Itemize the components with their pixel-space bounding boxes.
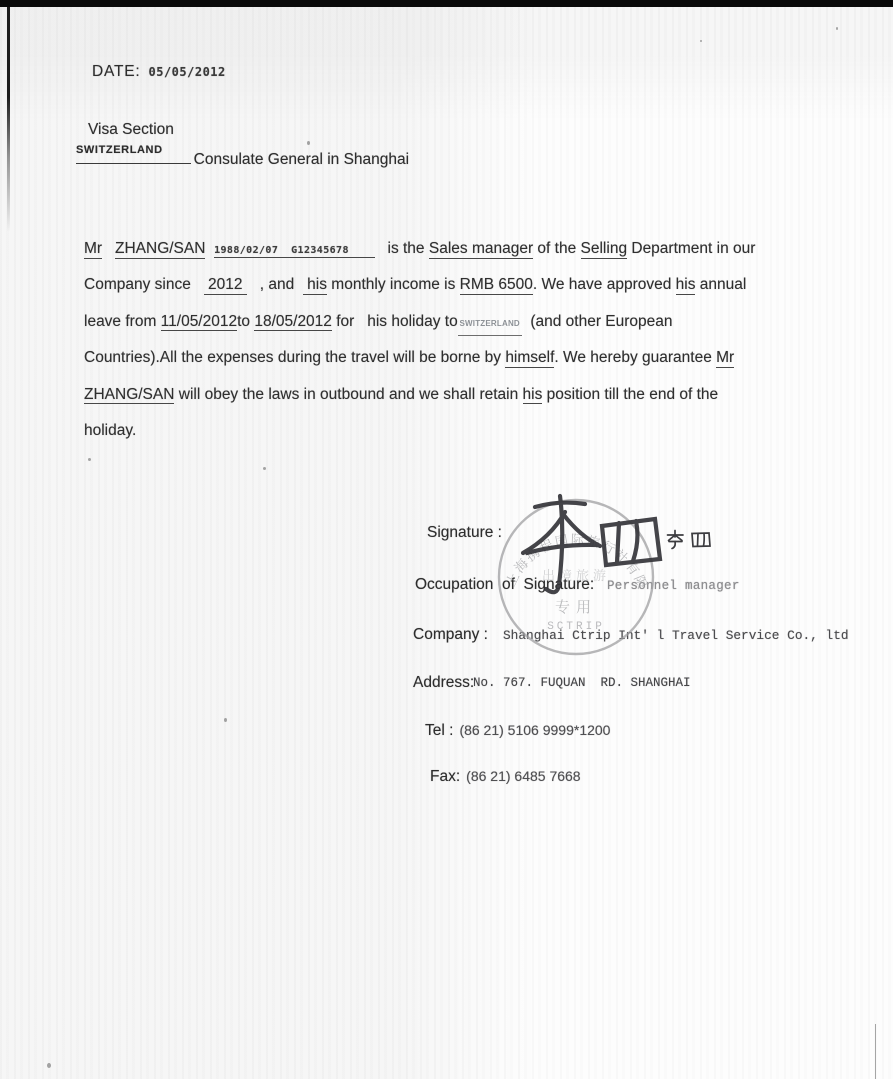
address-value: No. 767. FUQUAN RD. SHANGHAI [473, 676, 691, 690]
country-name: SWITZERLAND [76, 144, 191, 164]
consulate-text: Consulate General in Shanghai [194, 151, 409, 169]
tel-row: Tel :(86 21) 5106 9999*1200 [425, 722, 610, 740]
paragraph-line: holiday. [84, 422, 844, 458]
underlined-fill-in: ZHANG/SAN [84, 386, 174, 405]
paragraph-text [205, 240, 214, 257]
paragraph-line: Mr ZHANG/SAN 1988/02/07 G12345678 is the… [84, 240, 844, 276]
paragraph-text: of the [533, 240, 580, 257]
fax-row: Fax:(86 21) 6485 7668 [430, 768, 581, 786]
underlined-fill-in: 18/05/2012 [254, 313, 332, 332]
date-line: DATE:05/05/2012 [92, 63, 226, 81]
underlined-fill-in: himself [505, 349, 554, 368]
paragraph-text: to [237, 313, 254, 330]
paragraph-text: annual [695, 276, 746, 293]
handwritten-signature [505, 485, 675, 610]
paragraph-text: , and [247, 276, 303, 293]
underlined-fill-in: Mr [716, 349, 734, 368]
scan-speck [88, 458, 91, 461]
scanned-letter-page: DATE:05/05/2012 Visa Section SWITZERLAND… [0, 0, 893, 1079]
paragraph-text: is the [375, 240, 429, 257]
body-paragraph: Mr ZHANG/SAN 1988/02/07 G12345678 is the… [84, 240, 844, 458]
scan-edge-right [875, 1024, 876, 1079]
scan-speck [224, 718, 227, 722]
paragraph-text: Department in our [627, 240, 755, 257]
underlined-fill-in: ZHANG/SAN [115, 240, 205, 259]
paragraph-text [102, 240, 115, 257]
underlined-fill-in: Mr [84, 240, 102, 259]
underlined-fill-in: Sales manager [429, 240, 533, 259]
paragraph-text: for his holiday to [332, 313, 458, 330]
paragraph-text: holiday. [84, 422, 136, 439]
consulate-line: SWITZERLAND Consulate General in Shangha… [76, 144, 409, 164]
underlined-fill-in: his [676, 276, 696, 295]
company-row: Company :Shanghai Ctrip Int' l Travel Se… [413, 626, 488, 644]
scan-edge-top [0, 0, 893, 7]
paragraph-text: position till the end of the [542, 386, 718, 403]
stamp-bottom-text: SCTRIP [547, 621, 605, 633]
scan-speck [263, 467, 266, 470]
paragraph-text: Company since [84, 276, 204, 293]
fax-value: (86 21) 6485 7668 [466, 768, 580, 784]
paragraph-text: . We hereby guarantee [554, 349, 716, 366]
scan-speck [700, 40, 702, 42]
paragraph-text: . We have approved [533, 276, 676, 293]
fax-label: Fax: [430, 768, 460, 785]
date-value: 05/05/2012 [149, 65, 226, 79]
filled-country-blank: SWITZERLAND [458, 320, 522, 336]
visa-section-line: Visa Section [88, 121, 174, 139]
paragraph-text: Countries).All the expenses during the t… [84, 349, 505, 366]
date-label: DATE: [92, 63, 141, 80]
company-label: Company : [413, 626, 488, 643]
paragraph-line: Countries).All the expenses during the t… [84, 349, 844, 385]
signature-label: Signature : [427, 524, 502, 541]
scan-speck [836, 27, 838, 30]
scan-edge-left [7, 7, 10, 232]
underlined-fill-in: his [523, 386, 543, 405]
paragraph-line: Company since 2012 , and his monthly inc… [84, 276, 844, 312]
underlined-fill-in: 2012 [204, 276, 247, 295]
underlined-fill-in: his [303, 276, 327, 295]
tel-label: Tel : [425, 722, 453, 739]
address-label: Address: [413, 674, 474, 691]
scan-speck [47, 1063, 51, 1068]
signature-row: Signature : [427, 524, 502, 542]
paragraph-text: (and other European [522, 313, 673, 330]
paragraph-line: ZHANG/SAN will obey the laws in outbound… [84, 386, 844, 422]
paragraph-text: leave from [84, 313, 161, 330]
underlined-fill-in: Selling [581, 240, 628, 259]
underlined-fill-in: 1988/02/07 G12345678 [214, 245, 375, 258]
paragraph-text: will obey the laws in outbound and we sh… [174, 386, 522, 403]
tel-value: (86 21) 5106 9999*1200 [459, 722, 610, 738]
underlined-fill-in: RMB 6500 [460, 276, 533, 295]
address-row: Address:No. 767. FUQUAN RD. SHANGHAI [413, 674, 474, 692]
paragraph-text: monthly income is [327, 276, 460, 293]
underlined-fill-in: 11/05/2012 [161, 313, 237, 332]
paragraph-line: leave from 11/05/2012to 18/05/2012 for h… [84, 313, 844, 349]
